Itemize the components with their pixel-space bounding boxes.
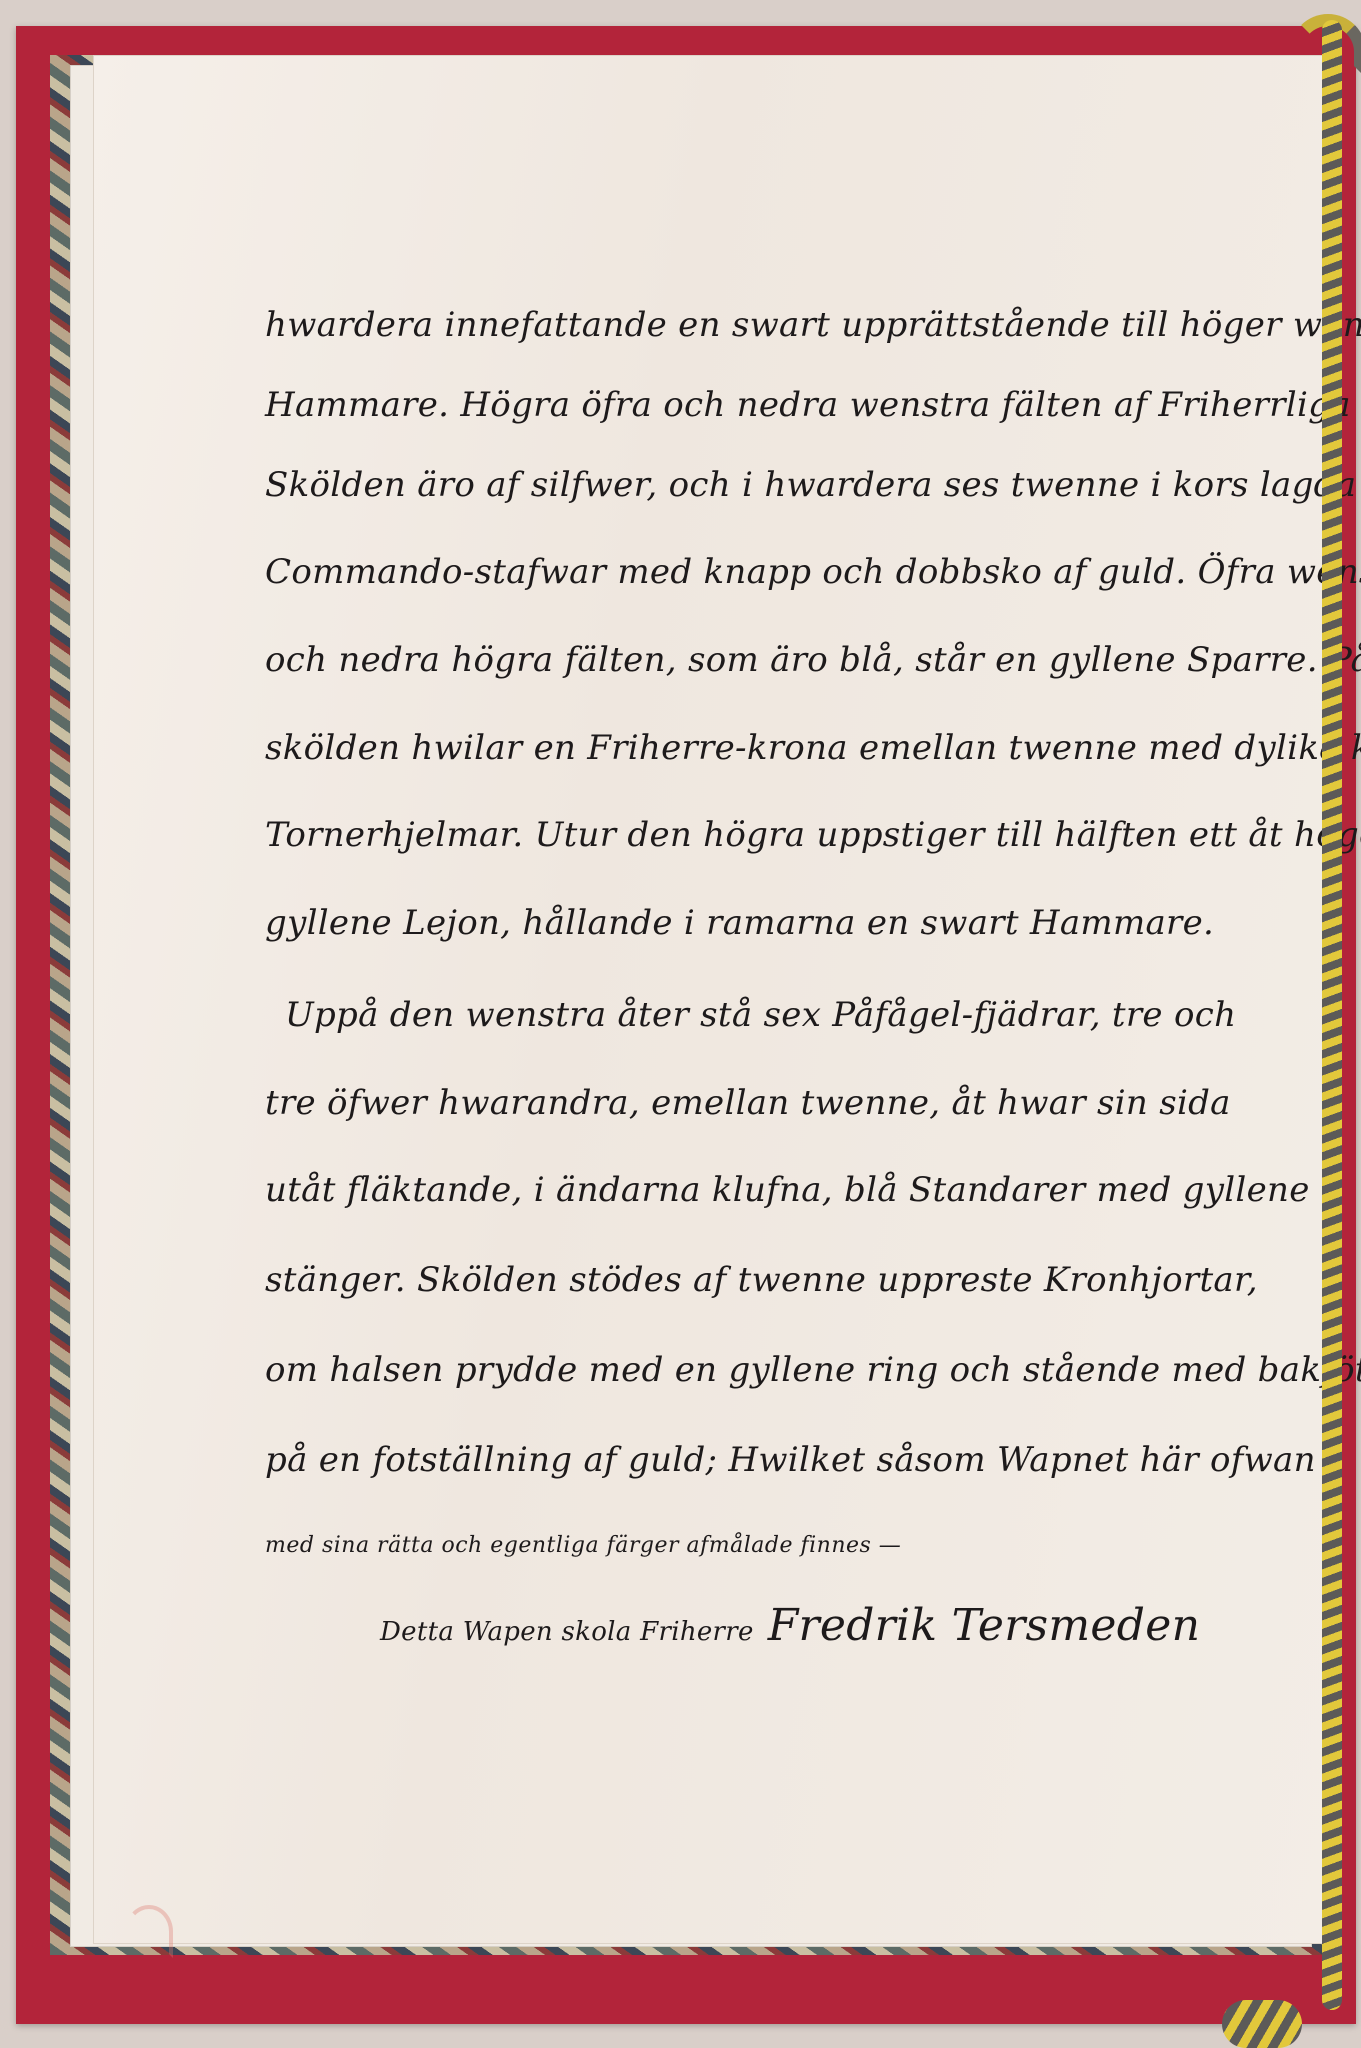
text-line: Skölden äro af silfwer, och i hwardera s… [265, 465, 1361, 505]
text-line: utåt fläktande, i ändarna klufna, blå St… [265, 1170, 1310, 1210]
text-line: Uppå den wenstra åter stå sex Påfågel-fj… [285, 995, 1236, 1035]
binding-cord [1322, 20, 1342, 2010]
signature-name: Fredrik Tersmeden [768, 1600, 1201, 1651]
text-line: på en fotställning af guld; Hwilket såso… [265, 1440, 1316, 1480]
text-line-small: med sina rätta och egentliga färger afmå… [265, 1533, 901, 1558]
text-line: skölden hwilar en Friherre-krona emellan… [265, 728, 1361, 768]
text-line: Commando-stafwar med knapp och dobbsko a… [265, 552, 1361, 592]
text-line: hwardera innefattande en swart upprättst… [265, 305, 1361, 345]
text-line: Hammare. Högra öfra och nedra wenstra fä… [265, 385, 1351, 425]
cord-tassel [1222, 2000, 1302, 2048]
text-line: om halsen prydde med en gyllene ring och… [265, 1350, 1361, 1390]
text-line: Tornerhjelmar. Utur den högra uppstiger … [265, 815, 1361, 855]
signature-prefix: Detta Wapen skola Friherre [380, 1617, 754, 1647]
text-line: tre öfwer hwarandra, emellan twenne, åt … [265, 1083, 1231, 1123]
text-line: gyllene Lejon, hållande i ramarna en swa… [265, 903, 1214, 943]
paper-stain [125, 1905, 173, 1958]
text-line: stänger. Skölden stödes af twenne uppres… [265, 1260, 1258, 1300]
text-line: och nedra högra fälten, som äro blå, stå… [265, 640, 1361, 680]
signature-line: Detta Wapen skola FriherreFredrik Tersme… [380, 1600, 1200, 1651]
